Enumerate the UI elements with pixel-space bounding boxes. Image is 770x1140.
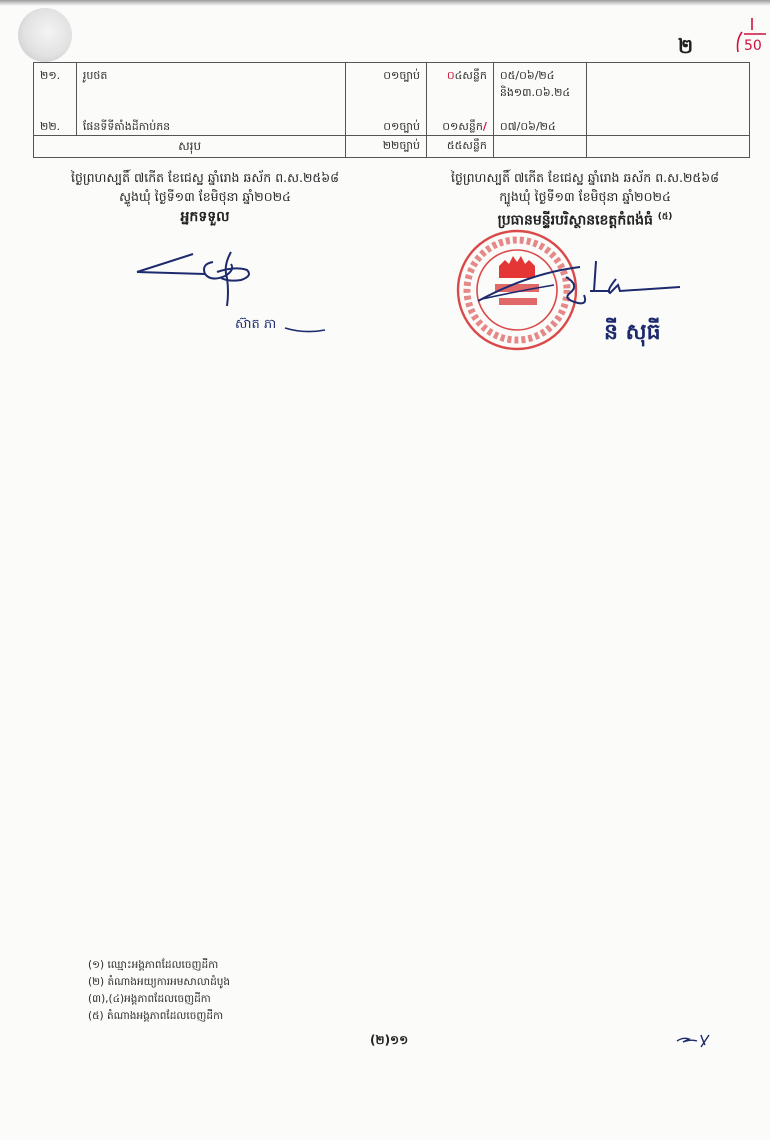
item-note xyxy=(586,63,749,136)
page-number: ២ xyxy=(678,33,693,63)
item-date: និង១៣.០៦.២៤ xyxy=(500,84,580,101)
director-name: នី សុធី xyxy=(604,318,661,350)
total-label: សរុប xyxy=(34,136,346,158)
place-date: ស្ទូងឃុំ ថ្ងៃទី១៣ ខែមិថុនា ឆ្នាំ២០២៤ xyxy=(55,187,355,206)
item-documents: ០៤សន្លឹក xyxy=(433,63,487,84)
item-name: ផែនទីទីតាំងដីកាប់ភន xyxy=(83,118,339,135)
lunar-date: ថ្ងៃព្រហស្បតិ៍ ៧កើត ខែជេស្ឋ ឆ្នាំរោង ឆស័… xyxy=(55,168,355,187)
signer-title: អ្នកទទួល xyxy=(55,208,355,227)
item-documents: ០១សន្លឹក/ xyxy=(433,118,487,135)
footer-page-number: (២)១១ xyxy=(370,1032,408,1050)
scan-glare xyxy=(18,8,72,62)
item-date: ០៧/០៦/២៤ xyxy=(500,118,580,135)
handwritten-initials xyxy=(675,1029,715,1049)
table-total-row: សរុប ២២ច្បាប់ ៥៥សន្លឹក xyxy=(34,136,750,158)
footnote: (៣),(៤)អង្គភាពដែលចេញដីកា xyxy=(88,991,230,1008)
director-signature xyxy=(470,255,700,325)
total-documents: ៥៥សន្លឹក xyxy=(426,136,493,158)
document-table: ២១. ២២. រូបថត ផែនទីទីតាំងដីកាប់ភន ០១ច្បា… xyxy=(33,62,750,158)
total-quantity: ២២ច្បាប់ xyxy=(346,136,427,158)
table-row: ២១. ២២. រូបថត ផែនទីទីតាំងដីកាប់ភន ០១ច្បា… xyxy=(34,63,750,136)
receiver-signature-block: ថ្ងៃព្រហស្បតិ៍ ៧កើត ខែជេស្ឋ ឆ្នាំរោង ឆស័… xyxy=(55,168,355,227)
svg-text:50: 50 xyxy=(744,38,762,54)
row-number: ២២. xyxy=(40,118,70,135)
item-name: រូបថត xyxy=(83,63,339,84)
svg-text:ស៊ាត ភា: ស៊ាត ភា xyxy=(235,317,276,332)
lunar-date: ថ្ងៃព្រហស្បតិ៍ ៧កើត ខែជេស្ឋ ឆ្នាំរោង ឆស័… xyxy=(420,168,750,187)
footnote: (២) តំណាងអយ្យការអមសាលាដំបូង xyxy=(88,974,230,991)
scan-top-edge xyxy=(0,0,770,6)
receiver-signature: ស៊ាត ភា xyxy=(135,250,335,340)
footnotes: (១) ឈ្មោះអង្គភាពដែលចេញដីកា (២) តំណាងអយ្យ… xyxy=(88,957,230,1025)
place-date: ក្បូងឃុំ ថ្ងៃទី១៣ ខែមិថុនា ឆ្នាំ២០២៤ xyxy=(420,187,750,206)
item-date: ០៥/០៦/២៤ xyxy=(500,63,580,84)
handwritten-page-mark: 50 xyxy=(730,14,770,56)
row-number: ២១. xyxy=(40,63,70,84)
director-signature-block: ថ្ងៃព្រហស្បតិ៍ ៧កើត ខែជេស្ឋ ឆ្នាំរោង ឆស័… xyxy=(420,168,750,231)
footnote: (៥) តំណាងអង្គភាពដែលចេញដីកា xyxy=(88,1008,230,1025)
item-quantity: ០១ច្បាប់ xyxy=(352,118,420,135)
item-quantity: ០១ច្បាប់ xyxy=(352,63,420,84)
footnote: (១) ឈ្មោះអង្គភាពដែលចេញដីកា xyxy=(88,957,230,974)
